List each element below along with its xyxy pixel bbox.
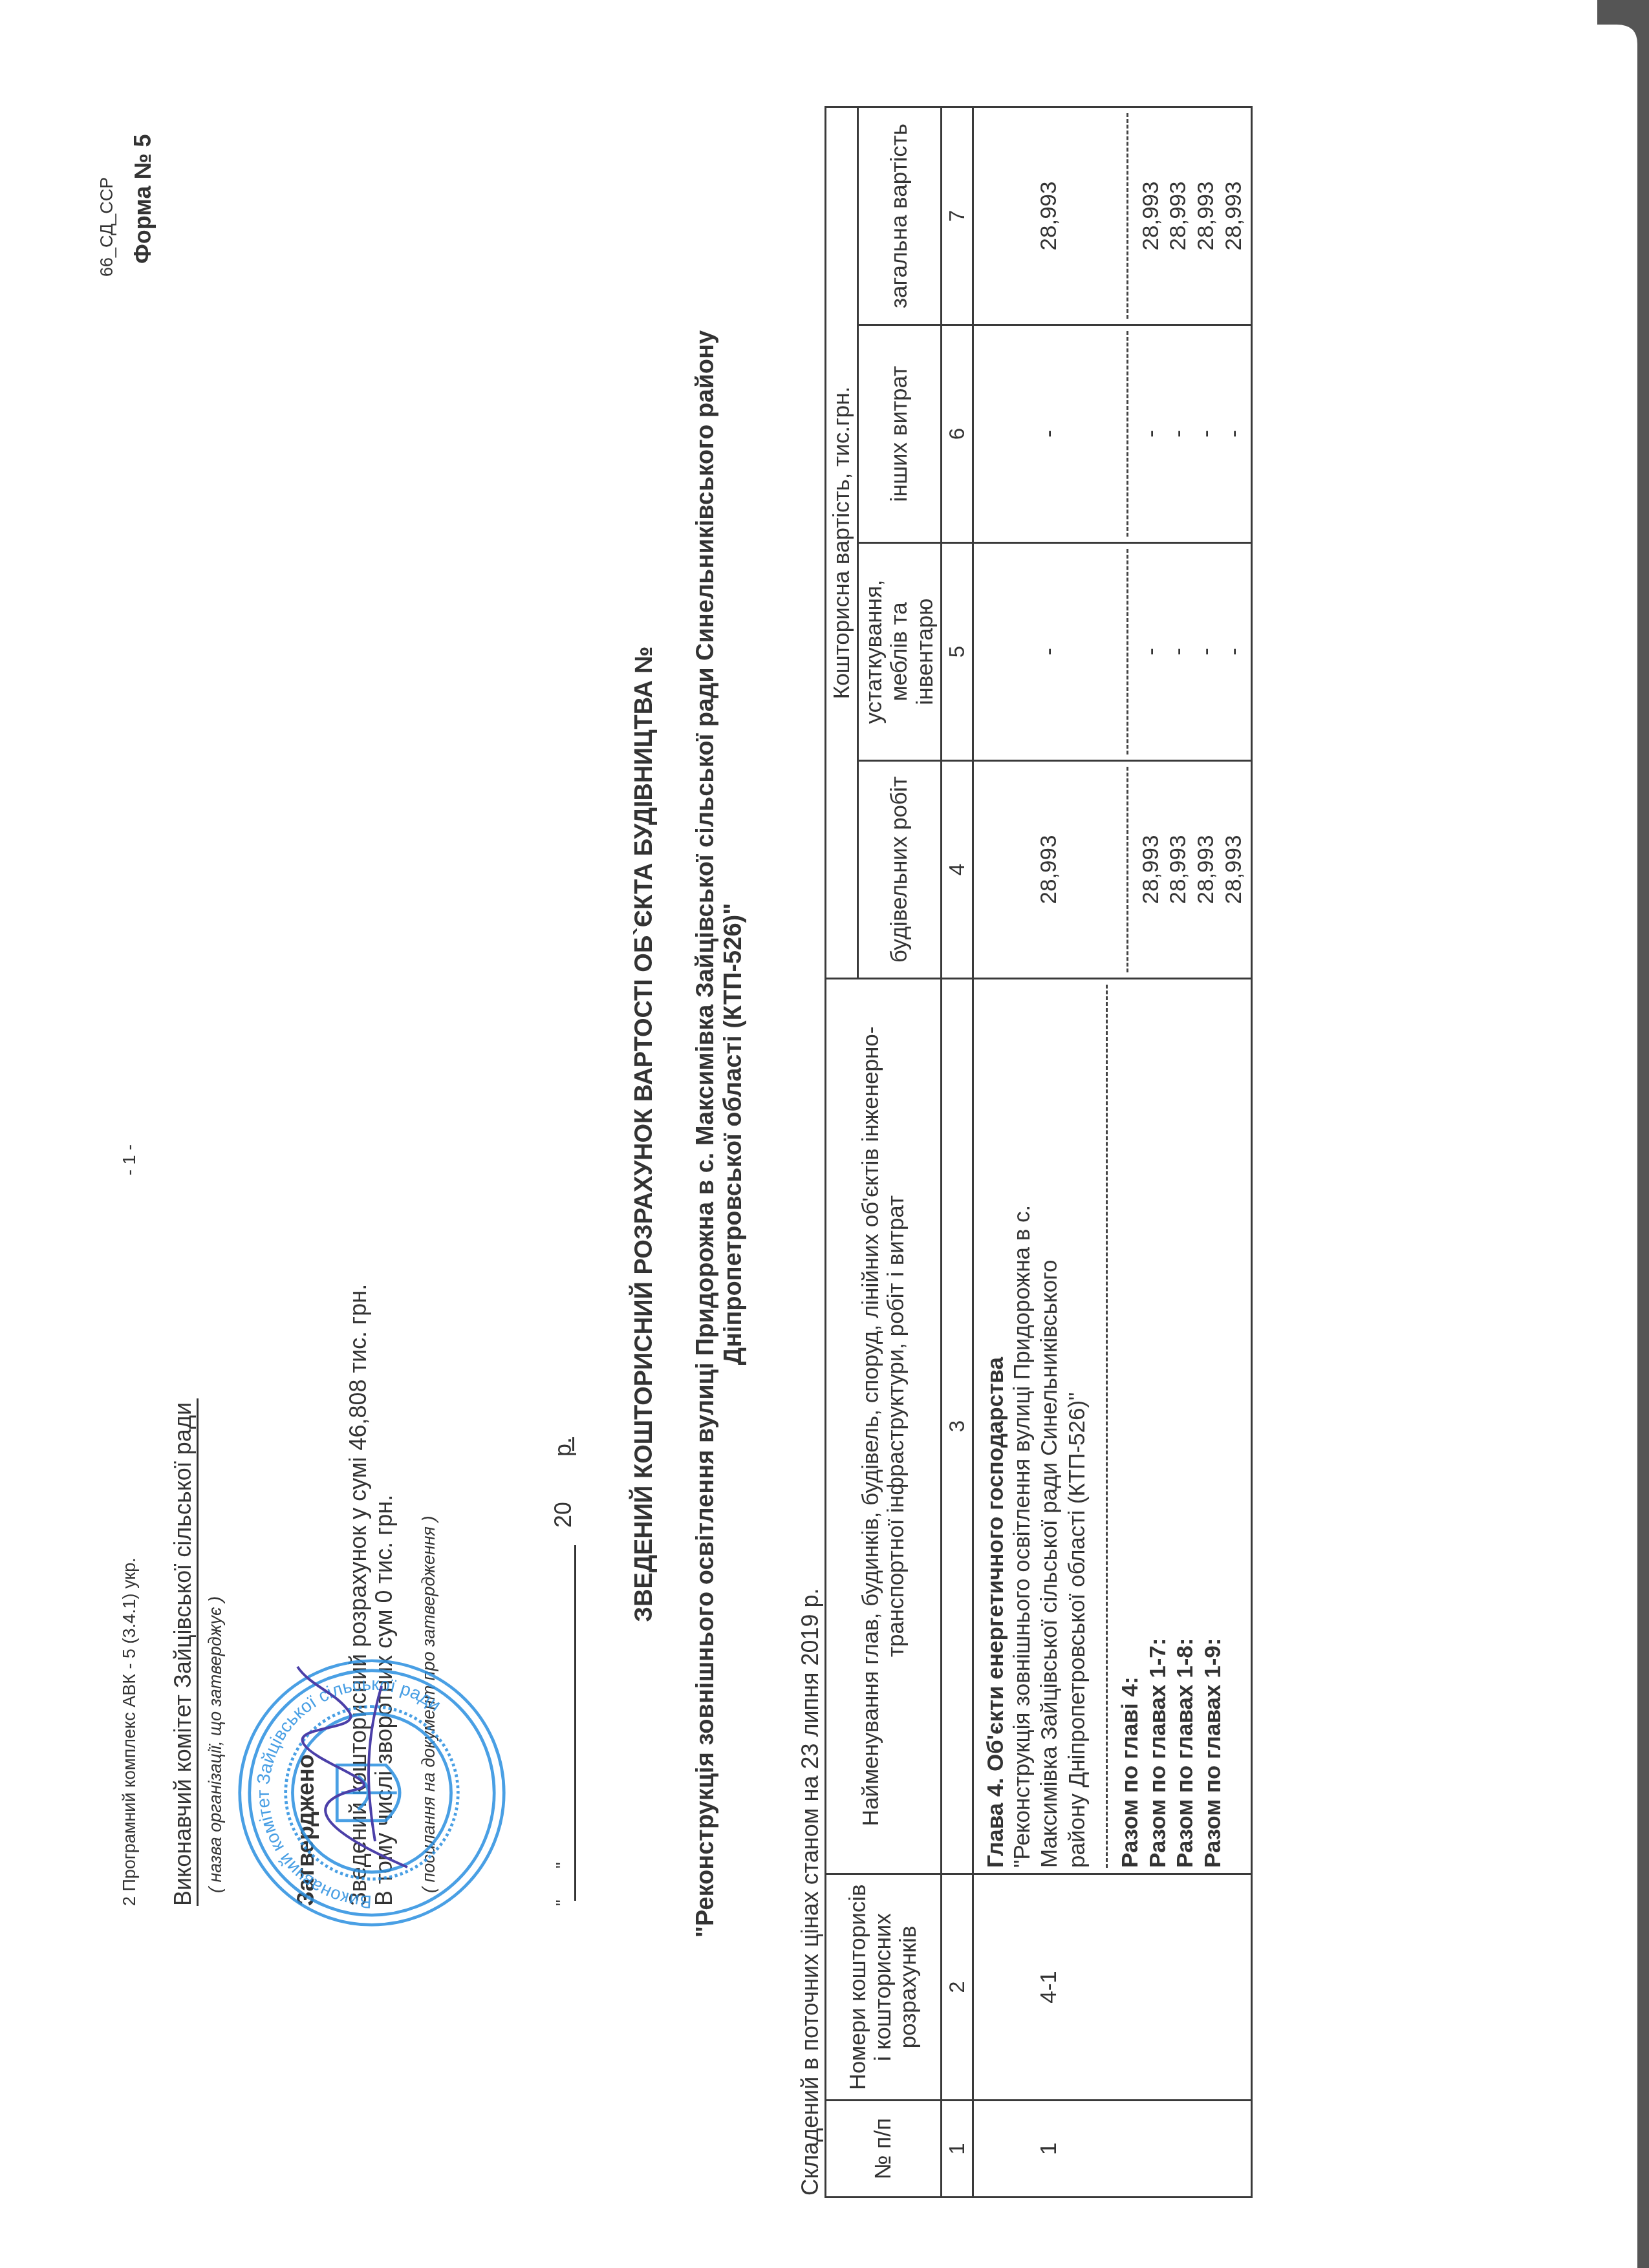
header-equipment: устаткування, меблів та інвентарю [858, 543, 942, 761]
construction-cell: 28,993 28,993 28,993 28,993 28,993 [973, 761, 1251, 979]
total-construction: 28,993 [1165, 767, 1192, 972]
equipment-cell: - - - - - [973, 543, 1251, 761]
date-open-quote: " [553, 1899, 573, 1906]
total-total: 28,993 [1165, 113, 1192, 319]
software-label: 2 Програмний комплекс АВК - 5 (3.4.1) ук… [120, 1557, 140, 1906]
reference-caption: ( посилання на документ про затвердження… [419, 1515, 439, 1893]
total-equipment: - [1165, 549, 1192, 754]
total-total: 28,993 [1192, 113, 1220, 319]
total-other: - [1192, 331, 1220, 537]
row-name: "Реконструкція зовнішнього освітлення ву… [1009, 1189, 1092, 1868]
header-estimate-numbers: Номери кошторисів і кошторисних розрахун… [826, 1874, 942, 2101]
organization-caption: ( назва організації, що затверджує ) [206, 1596, 226, 1893]
row-no: 1 [973, 2101, 1251, 2198]
column-number: 6 [941, 325, 973, 543]
header-cost-group: Кошторисна вартість, тис.грн. [826, 107, 858, 978]
document-page: 2 Програмний комплекс АВК - 5 (3.4.1) ук… [0, 0, 1649, 2268]
totals-labels: Разом по главі 4: Разом по главах 1-7: Р… [1117, 985, 1227, 1868]
approved-sum-line: Зведений кошторисний розрахунок у сумі 4… [345, 1284, 372, 1906]
date-underline [574, 1545, 576, 1901]
document-code: 66_СД_ССР [97, 177, 117, 277]
scan-edge-decoration [1597, 0, 1649, 2268]
header-no: № п/п [826, 2101, 942, 2198]
table-row: 1 4-1 Глава 4. Об'єкти енергетичного гос… [973, 107, 1251, 2197]
total-construction: 28,993 [1220, 767, 1248, 972]
dashed-separator [1126, 113, 1128, 319]
total-cell: 28,993 28,993 28,993 28,993 28,993 [973, 107, 1251, 325]
total-equipment: - [1192, 549, 1220, 754]
row-equipment: - [1036, 549, 1062, 754]
total-construction: 28,993 [1192, 767, 1220, 972]
header-name: Найменування глав, будинків, будівель, с… [826, 979, 942, 1874]
total-construction: 28,993 [1137, 767, 1165, 972]
form-label: Форма № 5 [129, 134, 156, 264]
row-estimate-number: 4-1 [973, 1874, 1251, 2101]
dashed-separator [1126, 549, 1128, 754]
document-title: ЗВЕДЕНИЙ КОШТОРИСНИЙ РОЗРАХУНОК ВАРТОСТІ… [630, 0, 658, 2268]
dashed-separator [1126, 767, 1128, 972]
total-other: - [1137, 331, 1165, 537]
returnable-sum-line: В тому числі зворотних сум 0 тис. грн. [371, 1495, 398, 1906]
dashed-separator [1126, 331, 1128, 537]
total-total: 28,993 [1137, 113, 1165, 319]
document-subtitle-line1: "Реконструкція зовнішнього освітлення ву… [692, 0, 720, 2268]
total-equipment: - [1137, 549, 1165, 754]
column-number: 1 [941, 2101, 973, 2198]
column-number-row: 1 2 3 4 5 6 7 [941, 107, 973, 2197]
page-number: - 1 - [120, 1144, 140, 1175]
approving-organization: Виконавчий комітет Зайцівської сільської… [169, 1398, 199, 1906]
row-name-cell: Глава 4. Об'єкти енергетичного господарс… [973, 979, 1251, 1874]
column-number: 2 [941, 1874, 973, 2101]
date-year: 20 [550, 1502, 577, 1528]
total-other: - [1165, 331, 1192, 537]
total-other: - [1220, 331, 1248, 537]
total-label: Разом по главах 1-8: [1172, 985, 1200, 1868]
document-subtitle-line2: Дніпропетровської області (КТП-526)" [720, 0, 748, 2268]
column-number: 7 [941, 107, 973, 325]
header-total: загальна вартість [858, 107, 942, 325]
other-cell: - - - - - [973, 325, 1251, 543]
total-label: Разом по главах 1-7: [1145, 985, 1172, 1868]
row-construction: 28,993 [1036, 767, 1062, 972]
column-number: 4 [941, 761, 973, 979]
estimate-table: № п/п Номери кошторисів і кошторисних ро… [824, 106, 1253, 2198]
date-close-quote: " [553, 1862, 573, 1868]
row-total: 28,993 [1036, 113, 1062, 319]
date-suffix: р. [550, 1437, 577, 1457]
prices-date-line: Складений в поточних цінах станом на 23 … [797, 1588, 824, 2196]
column-number: 5 [941, 543, 973, 761]
row-other: - [1036, 331, 1062, 537]
chapter-heading: Глава 4. Об'єкти енергетичного господарс… [983, 985, 1009, 1868]
header-construction: будівельних робіт [858, 761, 942, 979]
total-equipment: - [1220, 549, 1248, 754]
total-label: Разом по главах 1-9: [1200, 985, 1227, 1868]
dashed-separator [1106, 985, 1108, 1868]
total-label: Разом по главі 4: [1117, 985, 1145, 1868]
column-number: 3 [941, 979, 973, 1874]
header-other: інших витрат [858, 325, 942, 543]
total-total: 28,993 [1220, 113, 1248, 319]
approved-label: Затверджено [292, 1754, 319, 1906]
